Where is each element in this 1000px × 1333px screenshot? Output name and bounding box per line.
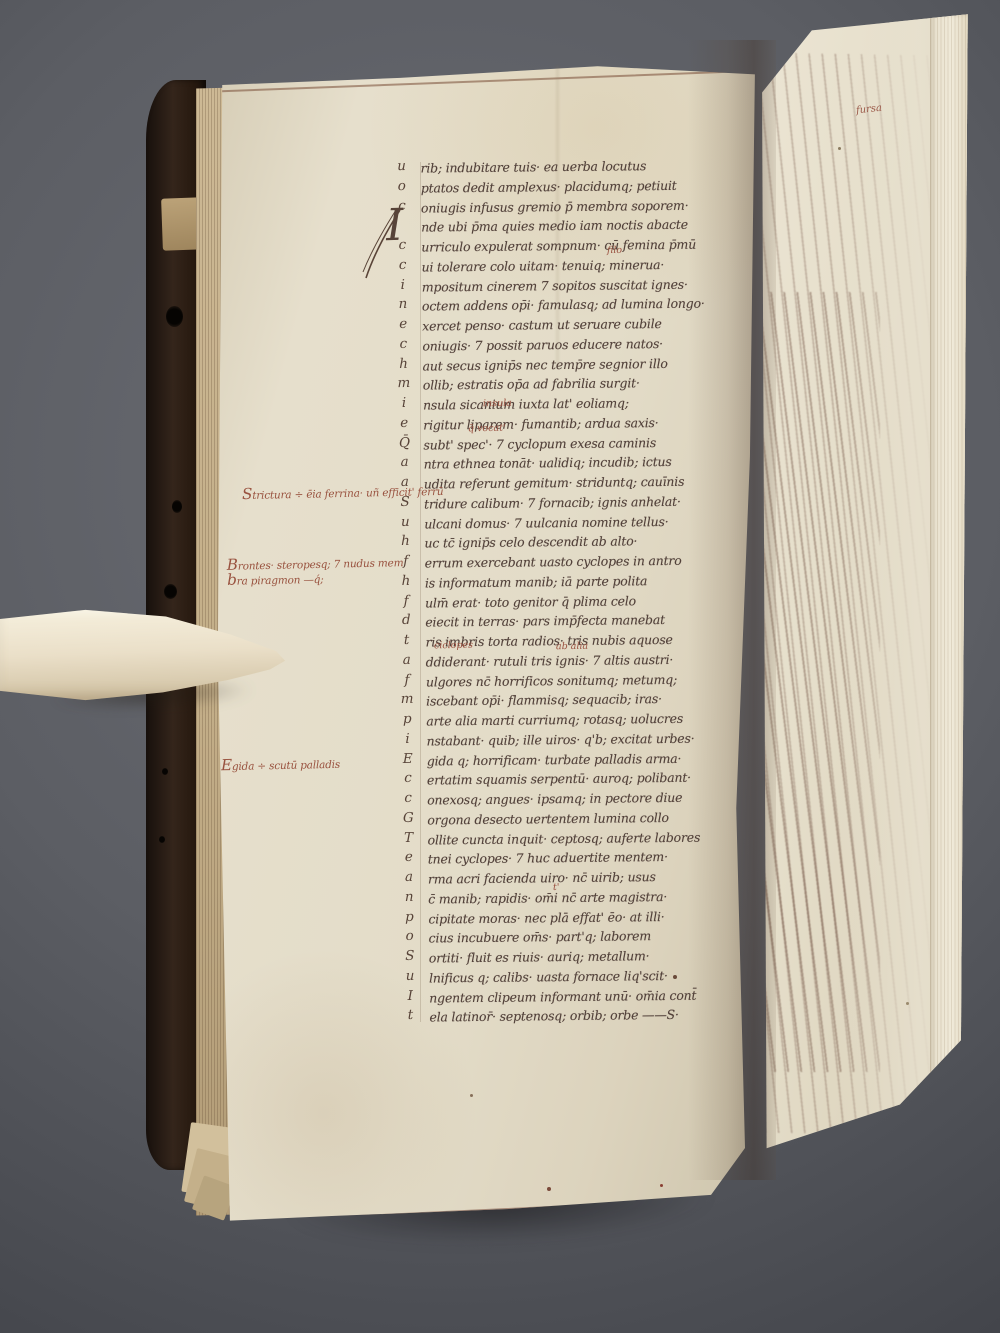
right-fore-edge — [930, 14, 970, 1144]
wormhole — [164, 584, 177, 599]
wormhole — [166, 306, 183, 327]
right-page-curled: fursa — [744, 12, 970, 1162]
manuscript-photo: fursa uocccinechmieQ̄aaSuhfhfdtafmpiEccG… — [0, 0, 1000, 1333]
wormhole — [172, 500, 182, 513]
wormhole — [159, 836, 165, 843]
wormhole — [162, 768, 168, 775]
leaf-edges-texture — [930, 14, 970, 1144]
left-page-parchment — [214, 58, 762, 1230]
page-top-edge — [220, 70, 756, 93]
